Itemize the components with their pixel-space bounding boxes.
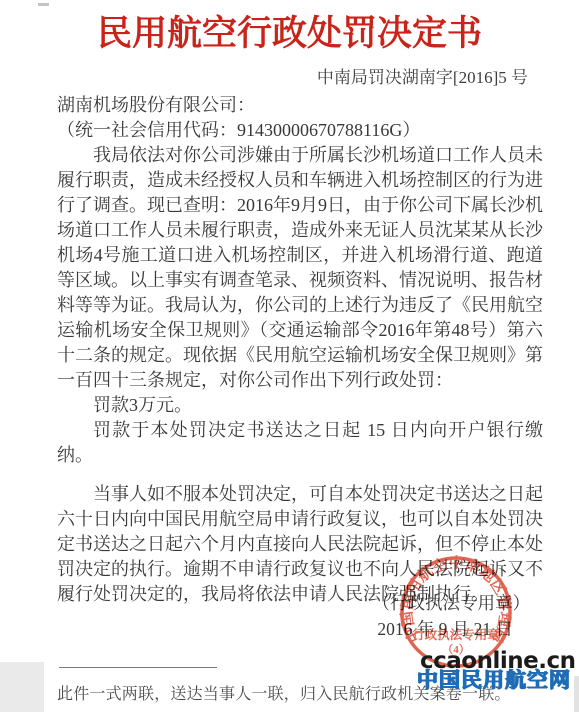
- document-title: 民用航空行政处罚决定书: [0, 14, 579, 54]
- paragraph-payment-deadline: 罚款于本处罚决定书送达之日起 15 日内向开户银行缴纳。: [57, 418, 543, 468]
- watermark-site-name: 中国民用航空网: [417, 669, 571, 691]
- penalty-decision-document: { "document": { "title": "民用航空行政处罚决定书", …: [0, 0, 579, 712]
- footer-divider-line: [59, 667, 217, 668]
- document-body: 湖南机场股份有限公司： （统一社会信用代码：91430000670788116G…: [57, 93, 543, 607]
- decision-date: 2016 年 9 月 21 日: [377, 616, 513, 641]
- paragraph-investigation: 我局依法对你公司涉嫌由于所属长沙机场道口工作人员未履行职责，造成未经授权人员和车…: [57, 143, 543, 393]
- credit-code-line: （统一社会信用代码：91430000670788116G）: [57, 118, 543, 143]
- seal-note-label: （行政执法专用章）: [373, 590, 531, 615]
- scan-edge-shadow-left: [0, 662, 44, 712]
- document-number: 中南局罚决湖南字[2016]5 号: [0, 66, 579, 90]
- scan-artifact-dash: [38, 3, 49, 6]
- paragraph-fine-amount: 罚款3万元。: [57, 393, 543, 418]
- paragraph-appeal-rights: 当事人如不服本处罚决定，可自本处罚决定书送达之日起六十日内向中国民用航空局申请行…: [57, 482, 543, 607]
- recipient-name: 湖南机场股份有限公司：: [57, 93, 543, 118]
- scan-edge-shadow-right: [574, 676, 579, 712]
